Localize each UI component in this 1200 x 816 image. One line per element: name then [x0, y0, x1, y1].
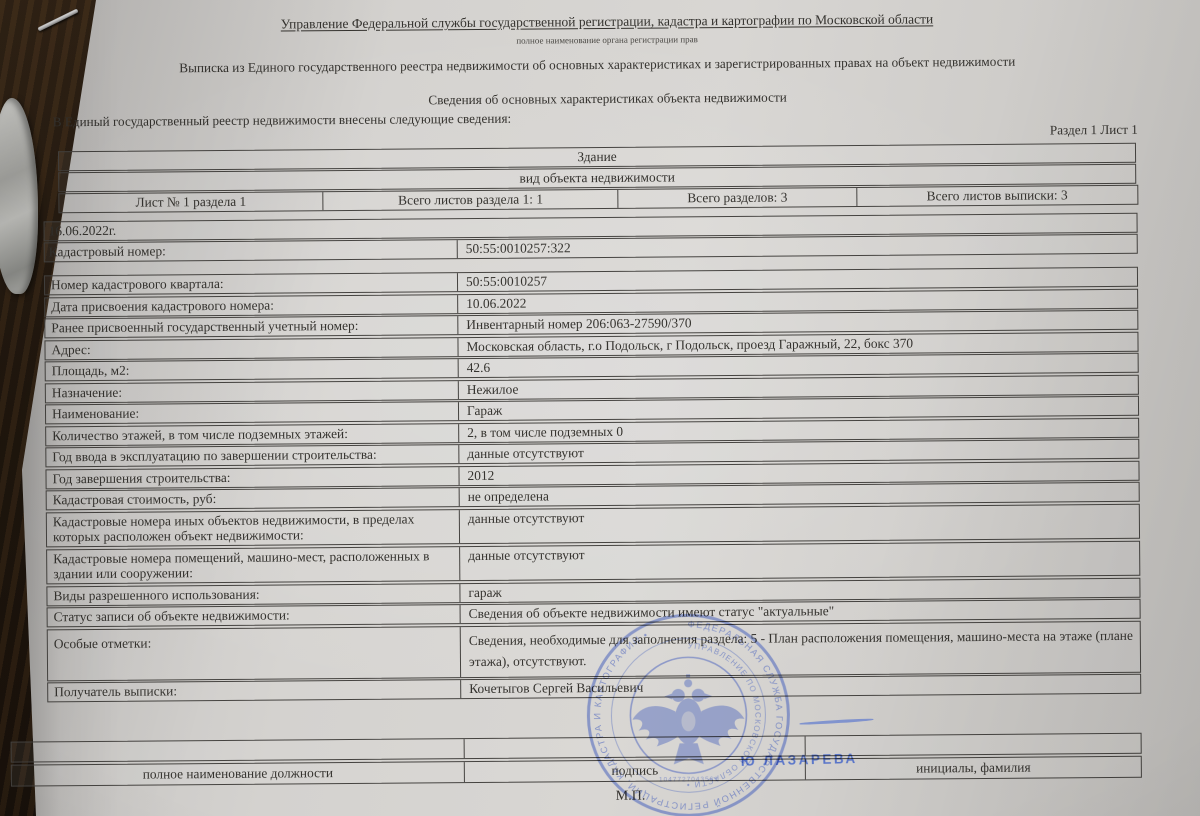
- extract-title: Выписка из Единого государственного реес…: [37, 53, 1157, 78]
- cadastral-number-label: Кадастровый номер:: [45, 240, 458, 261]
- row-value: Сведения, необходимые для заполнения раз…: [461, 621, 1140, 676]
- row-value: 2012: [459, 461, 1138, 484]
- row-value: не определена: [460, 483, 1139, 506]
- sheet-cell: Всего листов раздела 1: 1: [322, 190, 617, 210]
- row-value: Московская область, г.о Подольск, г Подо…: [458, 332, 1137, 355]
- row-label: Площадь, м2:: [46, 359, 459, 380]
- intro-line: В Единый государственный реестр недвижим…: [53, 111, 512, 131]
- row-value: 42.6: [459, 354, 1138, 377]
- row-value: Нежилое: [459, 375, 1138, 398]
- date-cadastral-table: 16.06.2022г. Кадастровый номер: 50:55:00…: [44, 213, 1138, 264]
- position-field: [12, 739, 464, 762]
- signature-name-stamp: Ю ЛАЗАРЕВА: [741, 751, 858, 769]
- row-label: Адрес:: [45, 338, 458, 359]
- row-label: Год завершения строительства:: [46, 467, 459, 488]
- official-stamp: ФЕДЕРАЛЬНАЯ СЛУЖБА ГОСУДАРСТВЕННОЙ РЕГИС…: [582, 608, 796, 816]
- row-value: Сведения об объекте недвижимости имеют с…: [461, 600, 1140, 623]
- row-label: Назначение:: [46, 381, 459, 402]
- row-label: Номер кадастрового квартала:: [45, 273, 458, 294]
- row-label: Кадастровые номера иных объектов недвижи…: [47, 510, 460, 547]
- sheet-cell: Лист № 1 раздела 1: [59, 192, 322, 212]
- row-value: гараж: [460, 578, 1139, 601]
- org-caption: полное наименование органа регистрации п…: [77, 31, 1137, 49]
- row-value: данные отсутствуют: [460, 541, 1139, 580]
- cadastral-number-value: 50:55:0010257:322: [458, 235, 1137, 258]
- org-title: Управление Федеральной службы государств…: [77, 10, 1137, 34]
- row-value: данные отсутствуют: [459, 440, 1138, 463]
- coat-of-arms-eagle: [632, 674, 745, 765]
- row-label: Год ввода в эксплуатацию по завершении с…: [46, 445, 459, 466]
- row-label: Кадастровые номера помещений, машино-мес…: [47, 547, 460, 584]
- position-label: полное наименование должности: [12, 762, 464, 786]
- row-value: Кочетыгов Сергей Васильевич: [461, 675, 1140, 698]
- row-label: Наименование:: [46, 402, 459, 423]
- row-label: Кадастровая стоимость, руб:: [47, 488, 460, 509]
- signature-table: полное наименование должности подпись ин…: [11, 733, 1142, 788]
- row-label: Особые отметки:: [48, 627, 461, 680]
- row-label: Количество этажей, в том числе подземных…: [46, 424, 459, 445]
- row-value: 50:55:0010257: [458, 268, 1137, 291]
- document-content: Управление Федеральной службы государств…: [0, 0, 1200, 816]
- row-value: Инвентарный номер 206:063-27590/370: [458, 311, 1137, 334]
- characteristics-title: Сведения об основных характеристиках объ…: [78, 87, 1138, 111]
- row-label: Статус записи об объекте недвижимости:: [48, 605, 461, 626]
- row-label: Виды разрешенного использования:: [47, 584, 460, 605]
- section-label: Раздел 1 Лист 1: [1050, 122, 1138, 139]
- row-value: Гараж: [459, 397, 1138, 420]
- row-label: Ранее присвоенный государственный учетны…: [45, 316, 458, 337]
- row-value: 10.06.2022: [458, 289, 1137, 312]
- row-value: 2, в том числе подземных 0: [459, 418, 1138, 441]
- stamp-number: 1047727043561: [659, 776, 719, 783]
- row-label: Получатель выписки:: [48, 680, 461, 701]
- row-label: Дата присвоения кадастрового номера:: [45, 295, 458, 316]
- row-value: данные отсутствуют: [460, 504, 1139, 543]
- sheet-cell: Всего листов выписки: 3: [856, 186, 1137, 206]
- signature-stroke: [799, 718, 873, 725]
- sheet-cell: Всего разделов: 3: [618, 188, 856, 207]
